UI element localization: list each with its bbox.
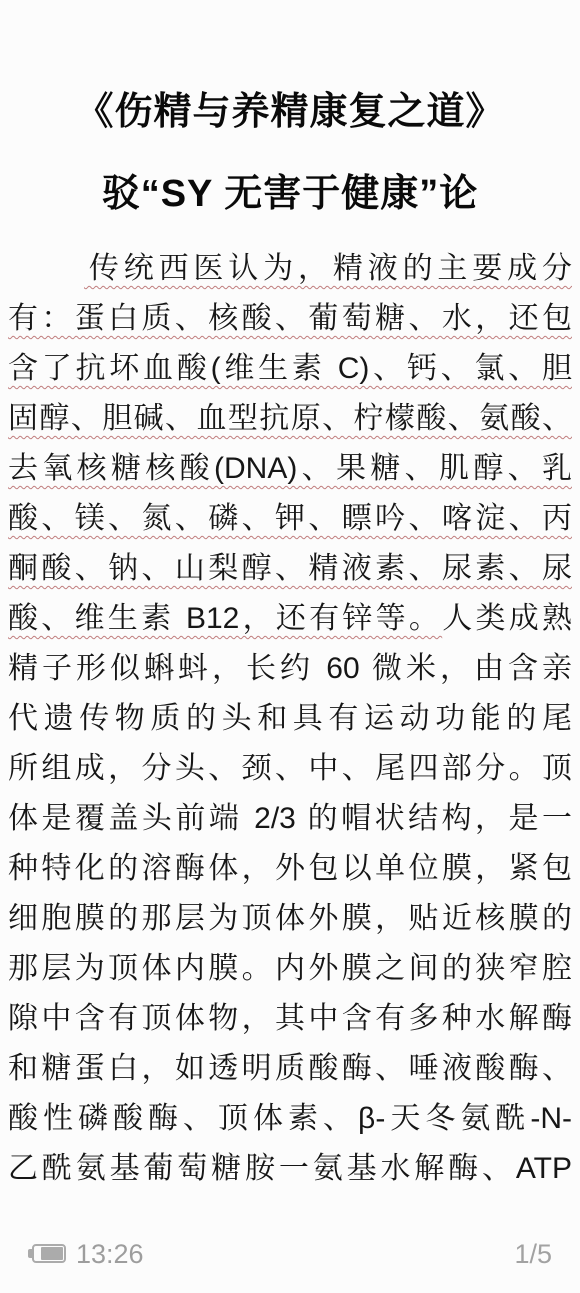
underlined-text: 固醇、胆碱、血型抗原、柠檬酸、氨酸、 [8,402,572,435]
plain-text: 所组成，分头、颈、中、尾四部分。顶 [8,752,572,785]
text-line: 细胞膜的那层为顶体外膜，贴近核膜的 [8,897,572,947]
reader-page[interactable]: 《伤精与养精康复之道》 驳“SY 无害于健康”论 传统西医认为，精液的主要成分 … [0,0,580,1293]
underlined-text: 酸、维生素 B12，还有锌等。 [8,602,442,635]
plain-text: 种特化的溶酶体，外包以单位膜，紧包 [8,852,572,885]
text-line: 那层为顶体内膜。内外膜之间的狭窄腔 [8,947,572,997]
text-line: 代遗传物质的头和具有运动功能的尾 [8,697,572,747]
text-line: 精子形似蝌蚪，长约 60 微米，由含亲 [8,647,572,697]
battery-fill [41,1247,63,1260]
battery-nub [28,1249,32,1258]
underlined-text: 含了抗坏血酸(维生素 C)、钙、氯、胆 [8,352,572,385]
text-line: 酸、镁、氮、磷、钾、瞟吟、喀淀、丙 [8,497,572,547]
plain-text: 那层为顶体内膜。内外膜之间的狭窄腔 [8,952,572,985]
plain-text: 隙中含有顶体物，其中含有多种水解酶 [8,1002,572,1035]
text-line: 有：蛋白质、核酸、葡萄糖、水，还包 [8,297,572,347]
clock-time: 13:26 [76,1236,144,1272]
plain-text: 细胞膜的那层为顶体外膜，贴近核膜的 [8,902,572,935]
underlined-text: 传统西医认为，精液的主要成分 [84,252,572,285]
text-line: 种特化的溶酶体，外包以单位膜，紧包 [8,847,572,897]
document-body: 传统西医认为，精液的主要成分 有：蛋白质、核酸、葡萄糖、水，还包 含了抗坏血酸(… [8,247,572,1197]
underlined-text: 酮酸、钠、山梨醇、精液素、尿素、尿 [8,552,572,585]
text-line: 含了抗坏血酸(维生素 C)、钙、氯、胆 [8,347,572,397]
plain-text: 代遗传物质的头和具有运动功能的尾 [8,702,572,735]
doc-title: 《伤精与养精康复之道》 [0,80,580,135]
underlined-text: 有：蛋白质、核酸、葡萄糖、水，还包 [8,302,572,335]
text-line: 和糖蛋白，如透明质酸酶、唾液酸酶、 [8,1047,572,1097]
plain-text: 体是覆盖头前端 2/3 的帽状结构，是一 [8,802,572,835]
text-line: 体是覆盖头前端 2/3 的帽状结构，是一 [8,797,572,847]
battery-icon [32,1244,66,1263]
text-line: 酮酸、钠、山梨醇、精液素、尿素、尿 [8,547,572,597]
text-line: 隙中含有顶体物，其中含有多种水解酶 [8,997,572,1047]
text-line: 乙酰氨基葡萄糖胺一氨基水解酶、ATP [8,1147,572,1197]
text-line: 酸性磷酸酶、顶体素、β-天冬氨酰-N- [8,1097,572,1147]
plain-text: 酸性磷酸酶、顶体素、β-天冬氨酰-N- [8,1102,572,1135]
plain-text: 乙酰氨基葡萄糖胺一氨基水解酶、ATP [8,1152,572,1185]
paragraph-indent [8,277,84,278]
plain-text: 精子形似蝌蚪，长约 60 微米，由含亲 [8,652,572,685]
text-line: 所组成，分头、颈、中、尾四部分。顶 [8,747,572,797]
underlined-text: 去氧核糖核酸(DNA)、果糖、肌醇、乳 [8,452,572,485]
text-line: 去氧核糖核酸(DNA)、果糖、肌醇、乳 [8,447,572,497]
doc-subtitle: 驳“SY 无害于健康”论 [0,162,580,217]
text-line: 酸、维生素 B12，还有锌等。人类成熟 [8,597,572,647]
reader-status-bar: 13:26 1/5 [0,1236,580,1276]
underlined-text: 酸、镁、氮、磷、钾、瞟吟、喀淀、丙 [8,502,572,535]
plain-text: 人类成熟 [442,602,572,635]
page-indicator: 1/5 [514,1236,552,1272]
text-line: 固醇、胆碱、血型抗原、柠檬酸、氨酸、 [8,397,572,447]
text-line: 传统西医认为，精液的主要成分 [8,247,572,297]
plain-text: 和糖蛋白，如透明质酸酶、唾液酸酶、 [8,1052,572,1085]
